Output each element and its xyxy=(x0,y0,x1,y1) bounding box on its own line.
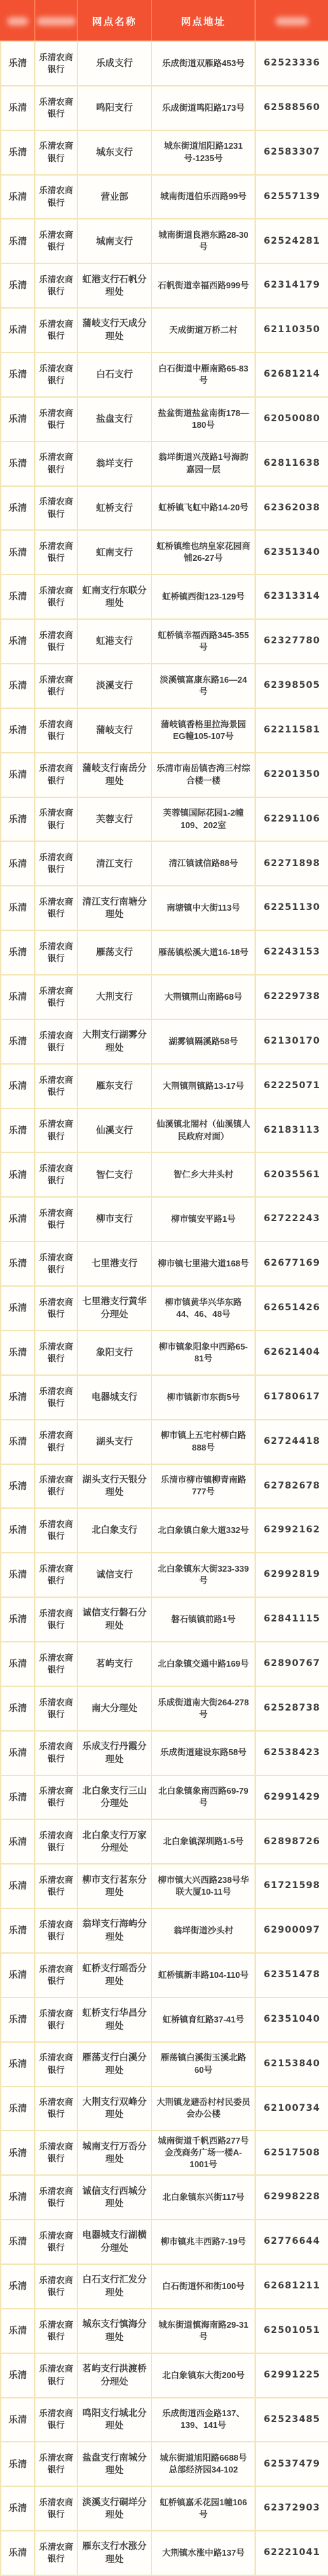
table-row: 乐清乐清农商银行芙蓉支行芙蓉镇国际花园1-2幢109、202室62291106 xyxy=(1,797,328,842)
cell-address: 虹桥镇西街123-129号 xyxy=(152,575,255,619)
table-row: 乐清乐清农商银行茗屿支行洪渡桥分理处北白象镇东大街200号62991225 xyxy=(1,2353,328,2398)
cell-region: 乐清 xyxy=(1,175,35,219)
cell-bank: 乐清农商银行 xyxy=(35,2398,77,2442)
cell-name: 白石支行 xyxy=(77,352,152,397)
cell-address: 城东街道慎海南路29-31号 xyxy=(152,2309,255,2353)
cell-bank: 乐清农商银行 xyxy=(35,1420,77,1464)
cell-bank: 乐清农商银行 xyxy=(35,1331,77,1375)
cell-region: 乐清 xyxy=(1,2486,35,2531)
cell-name: 蒲岐支行南岳分理处 xyxy=(77,753,152,797)
cell-region: 乐清 xyxy=(1,1642,35,1686)
table-row: 乐清乐清农商银行鸣阳支行乐成街道鸣阳路173号62588560 xyxy=(1,86,328,130)
cell-region: 乐清 xyxy=(1,1731,35,1775)
cell-region: 乐清 xyxy=(1,1375,35,1420)
table-row: 乐清乐清农商银行北白象支行北白象镇白象大道332号62992162 xyxy=(1,1508,328,1553)
cell-region: 乐清 xyxy=(1,841,35,886)
cell-region: 乐清 xyxy=(1,219,35,263)
cell-address: 大荆镇荆镇路13-17号 xyxy=(152,1064,255,1108)
cell-phone: 62992162 xyxy=(255,1508,328,1553)
cell-address: 城东街道旭阳路6688号总部经济园34-102 xyxy=(152,2442,255,2486)
table-row: 乐清乐清农商银行大荆支行大荆镇荆山南路68号62229738 xyxy=(1,975,328,1019)
cell-bank: 乐清农商银行 xyxy=(35,2531,77,2575)
cell-phone: 61721598 xyxy=(255,1864,328,1908)
table-row: 乐清乐清农商银行盐盘支行南城分理处城东街道旭阳路6688号总部经济园34-102… xyxy=(1,2442,328,2486)
cell-phone: 62651426 xyxy=(255,1286,328,1331)
cell-address: 虹桥镇幸福西路345-355号 xyxy=(152,619,255,664)
cell-bank: 乐清农商银行 xyxy=(35,130,77,175)
cell-name: 清江支行 xyxy=(77,841,152,886)
cell-address: 城南街道伯乐西路99号 xyxy=(152,175,255,219)
table-row: 乐清乐清农商银行茗屿支行北白象镇交通中路169号62890767 xyxy=(1,1642,328,1686)
cell-region: 乐清 xyxy=(1,886,35,930)
cell-bank: 乐清农商银行 xyxy=(35,2264,77,2309)
cell-region: 乐清 xyxy=(1,352,35,397)
cell-address: 石帆街道幸福西路999号 xyxy=(152,263,255,308)
cell-address: 城东街道旭阳路1231号-1235号 xyxy=(152,130,255,175)
cell-region: 乐清 xyxy=(1,1864,35,1908)
table-row: 乐清乐清农商银行白石支行汇发分理处白石街道怀和街100号62681211 xyxy=(1,2264,328,2309)
cell-phone: 62557139 xyxy=(255,175,328,219)
cell-region: 乐清 xyxy=(1,1064,35,1108)
table-row: 乐清乐清农商银行蒲岐支行天成分理处天成街道万桥二村62110350 xyxy=(1,308,328,352)
cell-bank: 乐清农商银行 xyxy=(35,2353,77,2398)
cell-bank: 乐清农商银行 xyxy=(35,797,77,842)
cell-name: 城东支行慎海分理处 xyxy=(77,2309,152,2353)
cell-name: 诚信支行 xyxy=(77,1553,152,1597)
cell-address: 乐清市南岳镇杏湾三村综合楼一楼 xyxy=(152,753,255,797)
cell-bank: 乐清农商银行 xyxy=(35,2486,77,2531)
cell-phone: 62398505 xyxy=(255,664,328,708)
cell-phone: 62153840 xyxy=(255,2042,328,2087)
table-row: 乐清乐清农商银行湖头支行天银分理处乐清市柳市镇柳青南路777号62782678 xyxy=(1,1464,328,1509)
cell-name: 鸣阳支行 xyxy=(77,86,152,130)
cell-name: 雁东支行 xyxy=(77,1064,152,1108)
cell-region: 乐清 xyxy=(1,2131,35,2175)
table-row: 乐清乐清农商银行虹港支行虹桥镇幸福西路345-355号62327780 xyxy=(1,619,328,664)
cell-name: 电器城支行 xyxy=(77,1375,152,1420)
cell-address: 乐成街道西金路137、139、141号 xyxy=(152,2398,255,2442)
cell-name: 蒲岐支行 xyxy=(77,708,152,753)
cell-bank: 乐清农商银行 xyxy=(35,708,77,753)
cell-region: 乐清 xyxy=(1,1420,35,1464)
table-row: 乐清乐清农商银行清江支行清江镇诚信路88号62271898 xyxy=(1,841,328,886)
cell-address: 虹桥镇飞虹中路14-20号 xyxy=(152,486,255,531)
header-cell-branch-address: 网点地址 xyxy=(152,1,255,41)
cell-name: 乐成支行丹霞分理处 xyxy=(77,1731,152,1775)
cell-phone: 62811638 xyxy=(255,442,328,486)
cell-address: 虹桥镇维也纳皇家花园商铺26-27号 xyxy=(152,530,255,575)
cell-address: 仙溪镇北閤村（仙溪镇人民政府对面） xyxy=(152,1108,255,1153)
cell-region: 乐清 xyxy=(1,1241,35,1286)
cell-region: 乐清 xyxy=(1,41,35,86)
table-row: 乐清乐清农商银行虹桥支行瑶岙分理处虹桥镇新丰路104-110号62351478 xyxy=(1,1953,328,1998)
cell-phone: 62681211 xyxy=(255,2264,328,2309)
cell-address: 北白象镇交通中路169号 xyxy=(152,1642,255,1686)
cell-bank: 乐清农商银行 xyxy=(35,1375,77,1420)
cell-bank: 乐清农商银行 xyxy=(35,1197,77,1241)
cell-region: 乐清 xyxy=(1,2531,35,2575)
table-row: 乐清乐清农商银行虹南支行东联分理处虹桥镇西街123-129号62313314 xyxy=(1,575,328,619)
cell-address: 雁荡镇白溪街玉溪北路60号 xyxy=(152,2042,255,2087)
cell-region: 乐清 xyxy=(1,442,35,486)
cell-phone: 62523485 xyxy=(255,2398,328,2442)
cell-name: 虹桥支行华昌分理处 xyxy=(77,1998,152,2042)
cell-phone: 62243153 xyxy=(255,930,328,975)
cell-bank: 乐清农商银行 xyxy=(35,664,77,708)
cell-region: 乐清 xyxy=(1,1953,35,1998)
cell-address: 翁垟街道兴茂路1号海韵嘉园一层 xyxy=(152,442,255,486)
cell-name: 城南支行万岙分理处 xyxy=(77,2131,152,2175)
cell-name: 虹桥支行 xyxy=(77,486,152,531)
cell-address: 北白象镇东兴街117号 xyxy=(152,2175,255,2220)
cell-name: 仙溪支行 xyxy=(77,1108,152,1153)
cell-region: 乐清 xyxy=(1,1108,35,1153)
cell-phone: 62517508 xyxy=(255,2131,328,2175)
cell-address: 虹桥镇新丰路104-110号 xyxy=(152,1953,255,1998)
cell-region: 乐清 xyxy=(1,2264,35,2309)
cell-bank: 乐清农商银行 xyxy=(35,1019,77,1064)
cell-bank: 乐清农商银行 xyxy=(35,2220,77,2264)
header-cell-region-redacted xyxy=(1,1,35,41)
table-row: 乐清乐清农商银行大荆支行湖雾分理处湖雾镇隔溪路58号62130170 xyxy=(1,1019,328,1064)
cell-name: 清江支行南塘分理处 xyxy=(77,886,152,930)
table-row: 乐清乐清农商银行诚信支行北白象镇东大街323-339号62992819 xyxy=(1,1553,328,1597)
cell-phone: 62291106 xyxy=(255,797,328,842)
table-row: 乐清乐清农商银行城东支行城东街道旭阳路1231号-1235号62583307 xyxy=(1,130,328,175)
table-row: 乐清乐清农商银行城南支行万岙分理处城南街道千帆西路277号金茂商务广场一楼A-1… xyxy=(1,2131,328,2175)
cell-phone: 62351340 xyxy=(255,530,328,575)
table-row: 乐清乐清农商银行清江支行南塘分理处南塘镇中大街113号62251130 xyxy=(1,886,328,930)
cell-name: 乐成支行 xyxy=(77,41,152,86)
cell-address: 白石街道怀和街100号 xyxy=(152,2264,255,2309)
cell-bank: 乐清农商银行 xyxy=(35,1864,77,1908)
table-row: 乐清乐清农商银行雁荡支行白溪分理处雁荡镇白溪街玉溪北路60号62153840 xyxy=(1,2042,328,2087)
cell-address: 天成街道万桥二村 xyxy=(152,308,255,352)
cell-bank: 乐清农商银行 xyxy=(35,753,77,797)
cell-region: 乐清 xyxy=(1,797,35,842)
table-row: 乐清乐清农商银行七里港支行黄华分理处柳市镇黄华兴华东路44、46、48号6265… xyxy=(1,1286,328,1331)
cell-region: 乐清 xyxy=(1,1331,35,1375)
cell-name: 南大分理处 xyxy=(77,1686,152,1731)
cell-bank: 乐清农商银行 xyxy=(35,1553,77,1597)
cell-bank: 乐清农商银行 xyxy=(35,1775,77,1820)
cell-address: 北白象镇象南西路69-79号 xyxy=(152,1775,255,1820)
cell-bank: 乐清农商银行 xyxy=(35,352,77,397)
cell-region: 乐清 xyxy=(1,530,35,575)
cell-bank: 乐清农商银行 xyxy=(35,486,77,531)
cell-name: 翁垟支行海屿分理处 xyxy=(77,1908,152,1953)
cell-phone: 62992819 xyxy=(255,1553,328,1597)
cell-address: 柳市镇七里港大道168号 xyxy=(152,1241,255,1286)
cell-phone: 62225071 xyxy=(255,1064,328,1108)
cell-bank: 乐清农商银行 xyxy=(35,1152,77,1197)
cell-address: 柳市镇象阳象中西路65-81号 xyxy=(152,1331,255,1375)
cell-name: 城东支行 xyxy=(77,130,152,175)
cell-name: 北白象支行 xyxy=(77,1508,152,1553)
cell-region: 乐清 xyxy=(1,1597,35,1642)
table-row: 乐清乐清农商银行智仁支行智仁乡大井头村62035561 xyxy=(1,1152,328,1197)
cell-phone: 62501051 xyxy=(255,2309,328,2353)
cell-phone: 62313314 xyxy=(255,575,328,619)
cell-phone: 62251130 xyxy=(255,886,328,930)
cell-name: 七里港支行黄华分理处 xyxy=(77,1286,152,1331)
table-row: 乐清乐清农商银行虹桥支行虹桥镇飞虹中路14-20号62362038 xyxy=(1,486,328,531)
cell-name: 七里港支行 xyxy=(77,1241,152,1286)
table-row: 乐清乐清农商银行蒲岐支行蒲岐镇香格里拉海景园EG幢105-107号6221158… xyxy=(1,708,328,753)
cell-phone: 62991225 xyxy=(255,2353,328,2398)
cell-name: 柳市支行茗东分理处 xyxy=(77,1864,152,1908)
cell-phone: 62183113 xyxy=(255,1108,328,1153)
cell-name: 智仁支行 xyxy=(77,1152,152,1197)
cell-name: 湖头支行天银分理处 xyxy=(77,1464,152,1509)
cell-name: 雁东支行水涨分理处 xyxy=(77,2531,152,2575)
table-row: 乐清乐清农商银行淡溪支行淡溪镇富康东路16—24号62398505 xyxy=(1,664,328,708)
cell-bank: 乐清农商银行 xyxy=(35,175,77,219)
cell-region: 乐清 xyxy=(1,86,35,130)
cell-region: 乐清 xyxy=(1,2442,35,2486)
cell-region: 乐清 xyxy=(1,1819,35,1864)
cell-region: 乐清 xyxy=(1,619,35,664)
cell-address: 城南街道千帆西路277号金茂商务广场一楼A-1001号 xyxy=(152,2131,255,2175)
cell-bank: 乐清农商银行 xyxy=(35,263,77,308)
cell-phone: 62890767 xyxy=(255,1642,328,1686)
cell-phone: 62900097 xyxy=(255,1908,328,1953)
cell-phone: 62722243 xyxy=(255,1197,328,1241)
table-row: 乐清乐清农商银行翁垟支行翁垟街道兴茂路1号海韵嘉园一层62811638 xyxy=(1,442,328,486)
table-row: 乐清乐清农商银行营业部城南街道伯乐西路99号62557139 xyxy=(1,175,328,219)
cell-phone: 62583307 xyxy=(255,130,328,175)
cell-bank: 乐清农商银行 xyxy=(35,1508,77,1553)
cell-phone: 62776644 xyxy=(255,2220,328,2264)
table-row: 乐清乐清农商银行虹桥支行华昌分理处虹桥镇育红路37-41号62351040 xyxy=(1,1998,328,2042)
cell-region: 乐清 xyxy=(1,1686,35,1731)
cell-phone: 62677169 xyxy=(255,1241,328,1286)
cell-phone: 62998228 xyxy=(255,2175,328,2220)
cell-region: 乐清 xyxy=(1,1464,35,1509)
cell-region: 乐清 xyxy=(1,1152,35,1197)
cell-phone: 61780617 xyxy=(255,1375,328,1420)
cell-address: 北白象镇东大街323-339号 xyxy=(152,1553,255,1597)
cell-region: 乐清 xyxy=(1,1553,35,1597)
cell-name: 城南支行 xyxy=(77,219,152,263)
cell-name: 虹港支行 xyxy=(77,619,152,664)
cell-bank: 乐清农商银行 xyxy=(35,1686,77,1731)
cell-address: 白石街道中雁南路65-83号 xyxy=(152,352,255,397)
cell-address: 乐成街道鸣阳路173号 xyxy=(152,86,255,130)
cell-bank: 乐清农商银行 xyxy=(35,886,77,930)
cell-region: 乐清 xyxy=(1,2309,35,2353)
cell-address: 湖雾镇隔溪路58号 xyxy=(152,1019,255,1064)
cell-phone: 62035561 xyxy=(255,1152,328,1197)
cell-region: 乐清 xyxy=(1,1775,35,1820)
table-row: 乐清乐清农商银行七里港支行柳市镇七里港大道168号62677169 xyxy=(1,1241,328,1286)
table-row: 乐清乐清农商银行白石支行白石街道中雁南路65-83号62681214 xyxy=(1,352,328,397)
table-row: 乐清乐清农商银行大荆支行双峰分理处大荆镇龙避岙村村民委员会办公楼62100734 xyxy=(1,2087,328,2131)
cell-name: 芙蓉支行 xyxy=(77,797,152,842)
cell-address: 北白象镇深圳路1-5号 xyxy=(152,1819,255,1864)
header-cell-bank-redacted xyxy=(35,1,77,41)
cell-region: 乐清 xyxy=(1,1908,35,1953)
table-row: 乐清乐清农商银行诚信支行西城分理处北白象镇东兴街117号62998228 xyxy=(1,2175,328,2220)
cell-bank: 乐清农商银行 xyxy=(35,1731,77,1775)
cell-bank: 乐清农商银行 xyxy=(35,1953,77,1998)
cell-name: 大荆支行 xyxy=(77,975,152,1019)
cell-address: 智仁乡大井头村 xyxy=(152,1152,255,1197)
table-row: 乐清乐清农商银行虹港支行石帆分理处石帆街道幸福西路999号62314179 xyxy=(1,263,328,308)
cell-region: 乐清 xyxy=(1,1508,35,1553)
cell-address: 南塘镇中大街113号 xyxy=(152,886,255,930)
cell-region: 乐清 xyxy=(1,1286,35,1331)
cell-bank: 乐清农商银行 xyxy=(35,1642,77,1686)
cell-region: 乐清 xyxy=(1,753,35,797)
cell-bank: 乐清农商银行 xyxy=(35,308,77,352)
cell-bank: 乐清农商银行 xyxy=(35,1597,77,1642)
cell-name: 雁荡支行 xyxy=(77,930,152,975)
cell-name: 盐盘支行南城分理处 xyxy=(77,2442,152,2486)
cell-region: 乐清 xyxy=(1,1197,35,1241)
cell-address: 柳市镇大兴西路238号华联大厦10-11号 xyxy=(152,1864,255,1908)
table-row: 乐清乐清农商银行鸣阳支行城北分理处乐成街道西金路137、139、141号6252… xyxy=(1,2398,328,2442)
table-row: 乐清乐清农商银行城南支行城南街道良港东路28-30号62524281 xyxy=(1,219,328,263)
cell-address: 柳市镇黄华兴华东路44、46、48号 xyxy=(152,1286,255,1331)
header-cell-branch-name: 网点名称 xyxy=(77,1,152,41)
cell-bank: 乐清农商银行 xyxy=(35,530,77,575)
cell-bank: 乐清农商银行 xyxy=(35,219,77,263)
cell-phone: 62372903 xyxy=(255,2486,328,2531)
cell-bank: 乐清农商银行 xyxy=(35,2442,77,2486)
cell-name: 虹南支行 xyxy=(77,530,152,575)
cell-address: 淡溪镇富康东路16—24号 xyxy=(152,664,255,708)
cell-name: 北白象支行万家分理处 xyxy=(77,1819,152,1864)
cell-phone: 62221041 xyxy=(255,2531,328,2575)
cell-phone: 62211581 xyxy=(255,708,328,753)
cell-phone: 62538423 xyxy=(255,1731,328,1775)
cell-phone: 62201350 xyxy=(255,753,328,797)
cell-address: 清江镇诚信路88号 xyxy=(152,841,255,886)
table-row: 乐清乐清农商银行雁东支行水涨分理处大荆镇水涨中路137号62221041 xyxy=(1,2531,328,2575)
table-row: 乐清乐清农商银行虹南支行虹桥镇维也纳皇家花园商铺26-27号62351340 xyxy=(1,530,328,575)
cell-phone: 62621404 xyxy=(255,1331,328,1375)
cell-phone: 62588560 xyxy=(255,86,328,130)
cell-region: 乐清 xyxy=(1,263,35,308)
table-row: 乐清乐清农商银行象阳支行柳市镇象阳象中西路65-81号62621404 xyxy=(1,1331,328,1375)
cell-name: 营业部 xyxy=(77,175,152,219)
cell-bank: 乐清农商银行 xyxy=(35,2087,77,2131)
cell-name: 翁垟支行 xyxy=(77,442,152,486)
table-row: 乐清乐清农商银行淡溪支行硐垟分理处虹桥镇嘉禾花园1幢106号62372903 xyxy=(1,2486,328,2531)
cell-name: 盐盘支行 xyxy=(77,397,152,442)
cell-region: 乐清 xyxy=(1,130,35,175)
cell-phone: 62110350 xyxy=(255,308,328,352)
cell-address: 大荆镇龙避岙村村民委员会办公楼 xyxy=(152,2087,255,2131)
cell-address: 蒲岐镇香格里拉海景园EG幢105-107号 xyxy=(152,708,255,753)
cell-address: 翁垟街道沙头村 xyxy=(152,1908,255,1953)
cell-bank: 乐清农商银行 xyxy=(35,2042,77,2087)
table-body: 乐清乐清农商银行乐成支行乐成街道双雁路453号62523336乐清乐清农商银行鸣… xyxy=(1,41,328,2575)
cell-bank: 乐清农商银行 xyxy=(35,841,77,886)
cell-region: 乐清 xyxy=(1,1998,35,2042)
cell-phone: 62100734 xyxy=(255,2087,328,2131)
cell-region: 乐清 xyxy=(1,1019,35,1064)
cell-address: 乐成街道双雁路453号 xyxy=(152,41,255,86)
cell-bank: 乐清农商银行 xyxy=(35,1064,77,1108)
table-row: 乐清乐清农商银行北白象支行万家分理处北白象镇深圳路1-5号62898726 xyxy=(1,1819,328,1864)
cell-region: 乐清 xyxy=(1,397,35,442)
cell-address: 大荆镇荆山南路68号 xyxy=(152,975,255,1019)
cell-phone: 62537479 xyxy=(255,2442,328,2486)
cell-address: 柳市镇上五宅村柳白路888号 xyxy=(152,1420,255,1464)
cell-bank: 乐清农商银行 xyxy=(35,2309,77,2353)
cell-phone: 62351040 xyxy=(255,1998,328,2042)
redacted-header-blob xyxy=(276,17,308,26)
cell-name: 虹南支行东联分理处 xyxy=(77,575,152,619)
cell-address: 柳市镇安平路1号 xyxy=(152,1197,255,1241)
cell-name: 鸣阳支行城北分理处 xyxy=(77,2398,152,2442)
header-cell-phone-redacted xyxy=(255,1,328,41)
cell-name: 北白象支行三山分理处 xyxy=(77,1775,152,1820)
cell-bank: 乐清农商银行 xyxy=(35,1286,77,1331)
cell-phone: 62681214 xyxy=(255,352,328,397)
cell-bank: 乐清农商银行 xyxy=(35,2175,77,2220)
cell-region: 乐清 xyxy=(1,2042,35,2087)
cell-name: 淡溪支行 xyxy=(77,664,152,708)
cell-bank: 乐清农商银行 xyxy=(35,2131,77,2175)
cell-name: 茗屿支行 xyxy=(77,1642,152,1686)
cell-region: 乐清 xyxy=(1,486,35,531)
cell-bank: 乐清农商银行 xyxy=(35,619,77,664)
cell-name: 大荆支行双峰分理处 xyxy=(77,2087,152,2131)
cell-name: 柳市支行 xyxy=(77,1197,152,1241)
cell-bank: 乐清农商银行 xyxy=(35,1241,77,1286)
cell-bank: 乐清农商银行 xyxy=(35,442,77,486)
cell-name: 象阳支行 xyxy=(77,1331,152,1375)
table-row: 乐清乐清农商银行湖头支行柳市镇上五宅村柳白路888号62724418 xyxy=(1,1420,328,1464)
table-row: 乐清乐清农商银行翁垟支行海屿分理处翁垟街道沙头村62900097 xyxy=(1,1908,328,1953)
table-row: 乐清乐清农商银行蒲岐支行南岳分理处乐清市南岳镇杏湾三村综合楼一楼62201350 xyxy=(1,753,328,797)
cell-region: 乐清 xyxy=(1,2220,35,2264)
cell-phone: 62782678 xyxy=(255,1464,328,1509)
cell-phone: 62130170 xyxy=(255,1019,328,1064)
cell-phone: 62523336 xyxy=(255,41,328,86)
table-row: 乐清乐清农商银行诚信支行磐石分理处磐石镇镇前路1号62841115 xyxy=(1,1597,328,1642)
table-row: 乐清乐清农商银行柳市支行柳市镇安平路1号62722243 xyxy=(1,1197,328,1241)
table-row: 乐清乐清农商银行柳市支行茗东分理处柳市镇大兴西路238号华联大厦10-11号61… xyxy=(1,1864,328,1908)
cell-region: 乐清 xyxy=(1,308,35,352)
table-row: 乐清乐清农商银行电器城支行柳市镇新市东街5号61780617 xyxy=(1,1375,328,1420)
cell-region: 乐清 xyxy=(1,975,35,1019)
table-row: 乐清乐清农商银行乐成支行乐成街道双雁路453号62523336 xyxy=(1,41,328,86)
cell-name: 诚信支行西城分理处 xyxy=(77,2175,152,2220)
cell-name: 虹桥支行瑶岙分理处 xyxy=(77,1953,152,1998)
cell-bank: 乐清农商银行 xyxy=(35,1108,77,1153)
cell-phone: 62229738 xyxy=(255,975,328,1019)
cell-address: 雁荡镇松溪大道16-18号 xyxy=(152,930,255,975)
cell-address: 乐清市柳市镇柳青南路777号 xyxy=(152,1464,255,1509)
cell-name: 大荆支行湖雾分理处 xyxy=(77,1019,152,1064)
cell-bank: 乐清农商银行 xyxy=(35,1819,77,1864)
table-row: 乐清乐清农商银行盐盘支行盐盆街道盐盆南街178—180号62050080 xyxy=(1,397,328,442)
cell-region: 乐清 xyxy=(1,2398,35,2442)
cell-address: 盐盆街道盐盆南街178—180号 xyxy=(152,397,255,442)
cell-phone: 62991429 xyxy=(255,1775,328,1820)
cell-address: 柳市镇新市东街5号 xyxy=(152,1375,255,1420)
cell-name: 虹港支行石帆分理处 xyxy=(77,263,152,308)
cell-address: 虹桥镇嘉禾花园1幢106号 xyxy=(152,2486,255,2531)
cell-name: 白石支行汇发分理处 xyxy=(77,2264,152,2309)
cell-name: 湖头支行 xyxy=(77,1420,152,1464)
cell-address: 乐成街道建设东路58号 xyxy=(152,1731,255,1775)
cell-name: 诚信支行磐石分理处 xyxy=(77,1597,152,1642)
